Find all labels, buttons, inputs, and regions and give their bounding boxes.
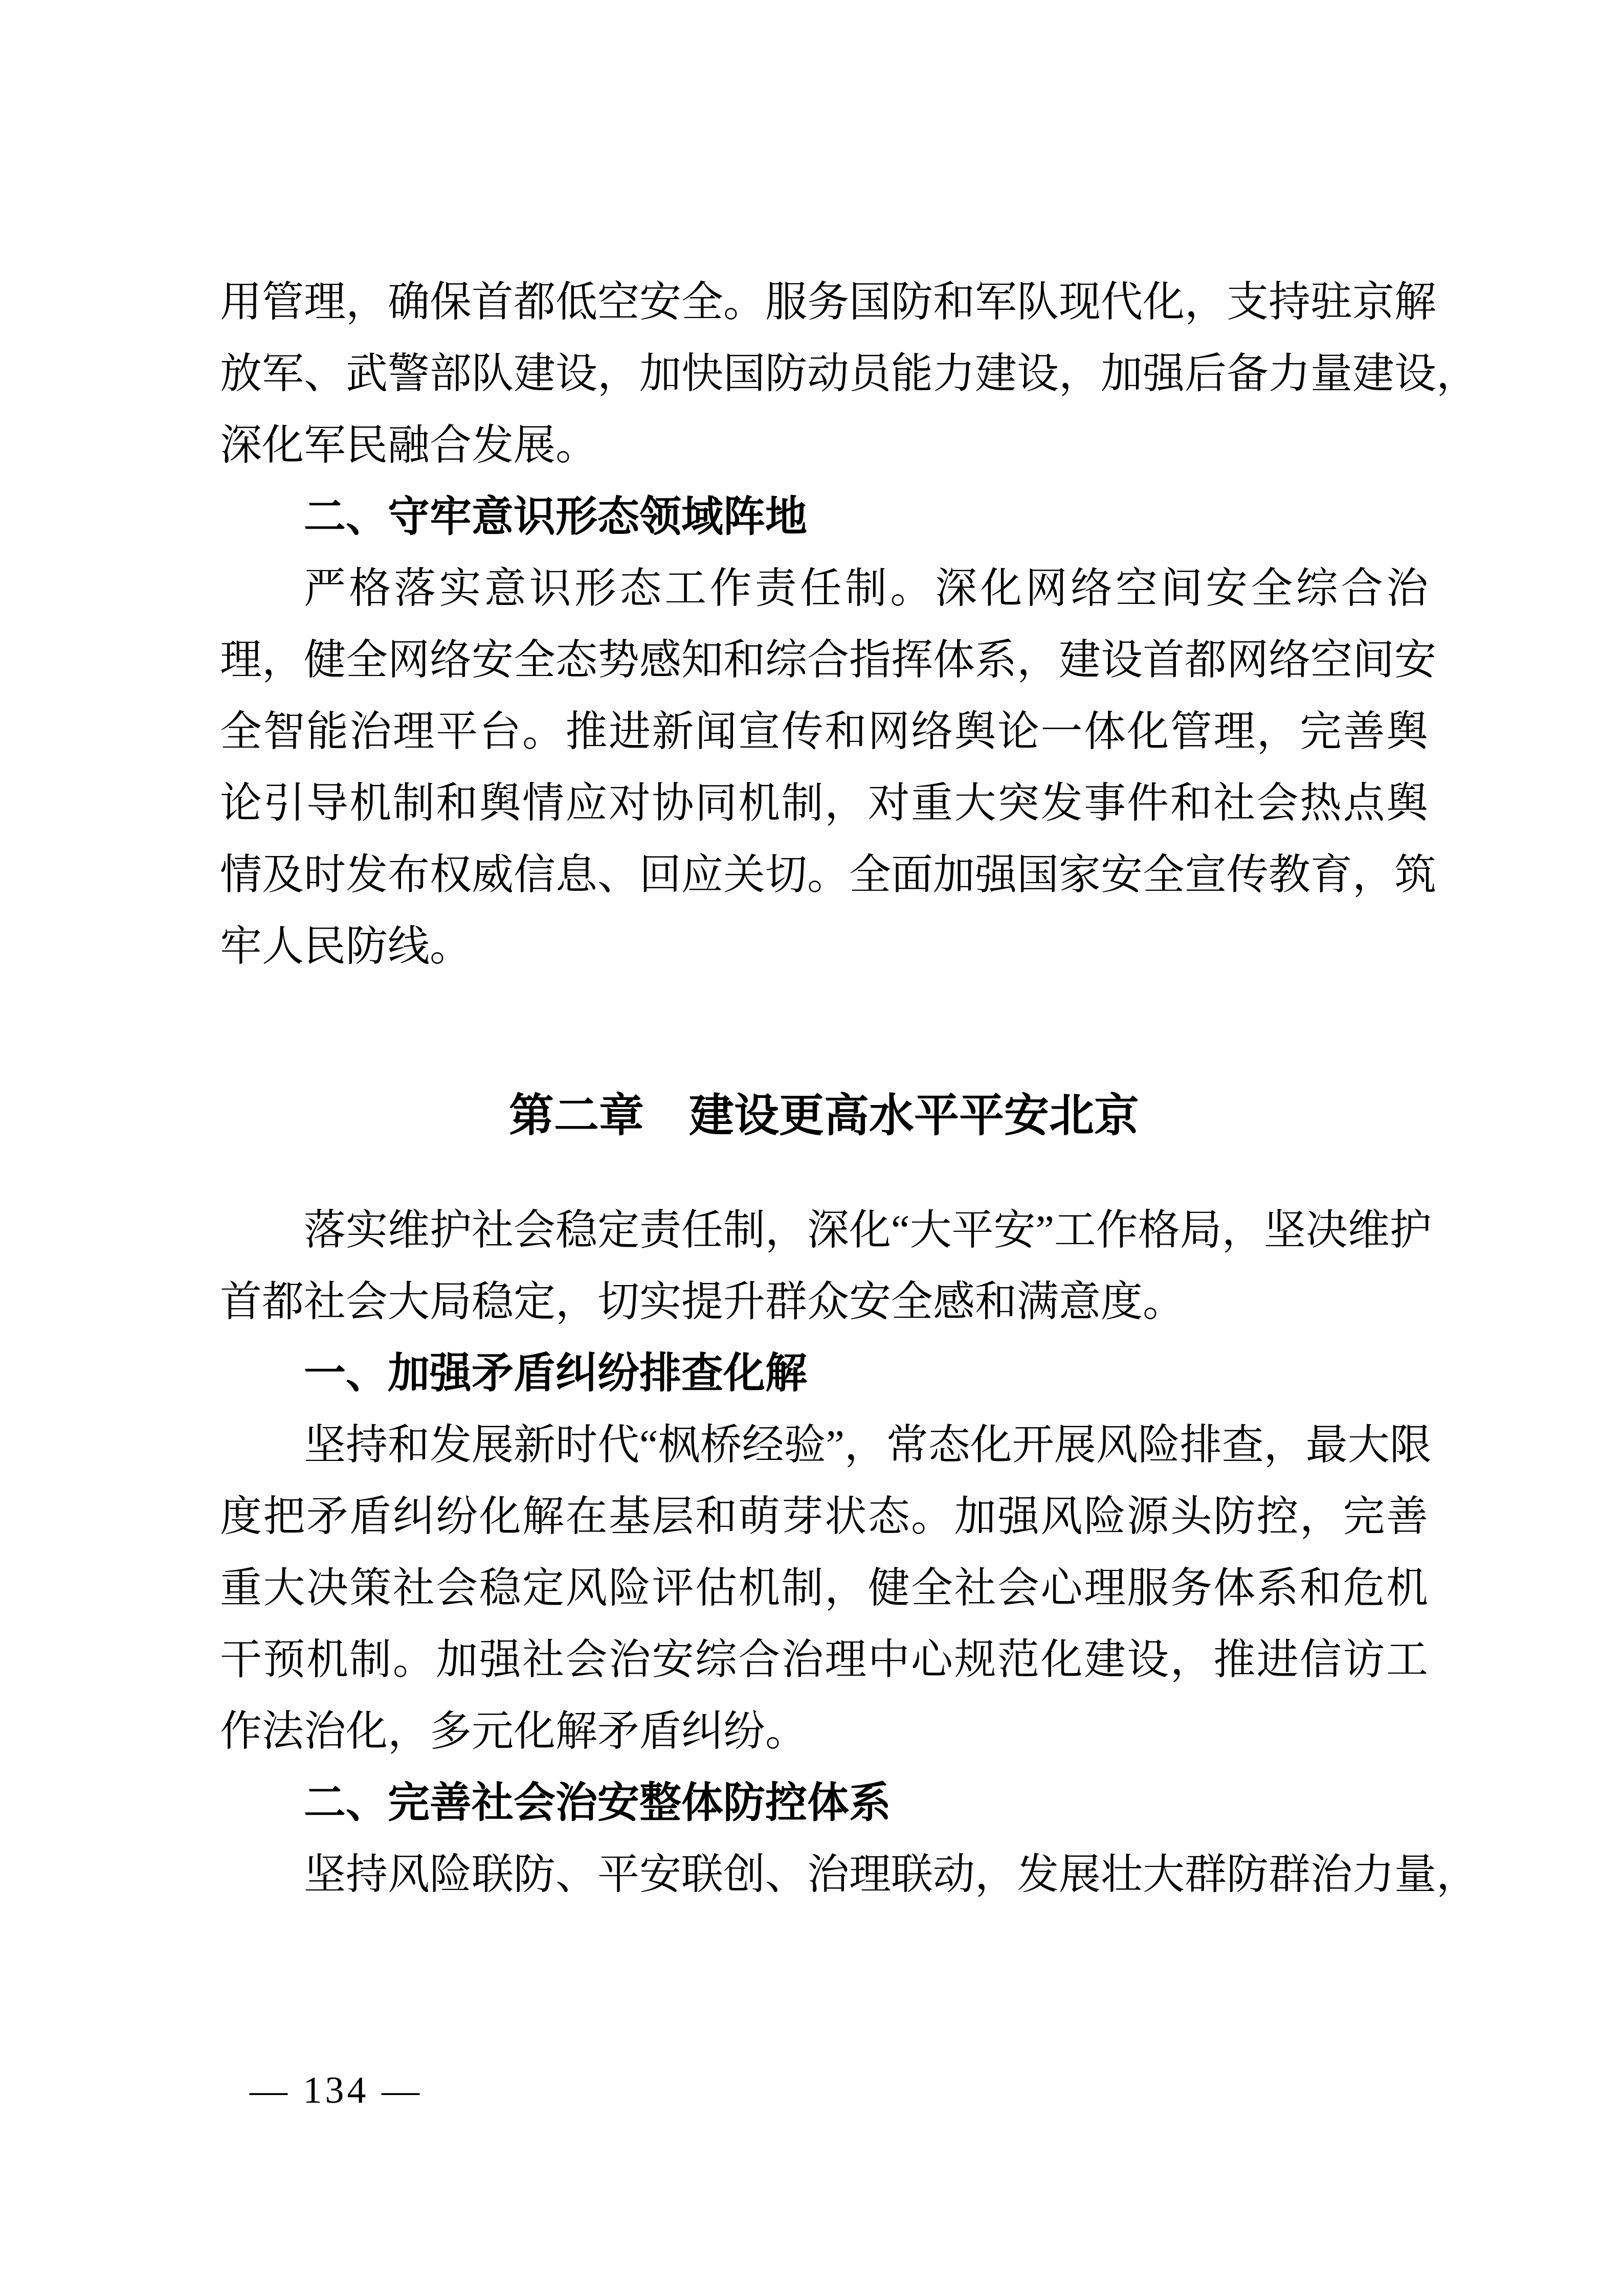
- body-line: 情及时发布权威信息、回应关切。全面加强国家安全宣传教育，筑: [220, 839, 1428, 911]
- text-column: 用管理，确保首都低空安全。服务国防和军队现代化，支持驻京解放军、武警部队建设，加…: [220, 266, 1428, 1910]
- body-line: 坚持风险联防、平安联创、治理联动，发展壮大群防群治力量，: [220, 1839, 1428, 1910]
- page-number: — 134 —: [250, 2060, 422, 2121]
- body-line: 坚持和发展新时代“枫桥经验”，常态化开展风险排查，最大限: [220, 1409, 1428, 1481]
- section-heading: 二、守牢意识形态领域阵地: [220, 481, 1428, 553]
- body-line: 落实维护社会稳定责任制，深化“大平安”工作格局，坚决维护: [220, 1195, 1428, 1266]
- document-page: 用管理，确保首都低空安全。服务国防和军队现代化，支持驻京解放军、武警部队建设，加…: [0, 0, 1624, 2296]
- body-line: 全智能治理平台。推进新闻宣传和网络舆论一体化管理，完善舆: [220, 696, 1428, 768]
- body-line: 深化军民融合发展。: [220, 410, 1428, 481]
- body-line: 度把矛盾纠纷化解在基层和萌芽状态。加强风险源头防控，完善: [220, 1481, 1428, 1552]
- section-heading: 二、完善社会治安整体防控体系: [220, 1767, 1428, 1839]
- body-line: 放军、武警部队建设，加快国防动员能力建设，加强后备力量建设，: [220, 338, 1428, 410]
- body-line: 作法治化，多元化解矛盾纠纷。: [220, 1696, 1428, 1767]
- body-line: 论引导机制和舆情应对协同机制，对重大突发事件和社会热点舆: [220, 768, 1428, 839]
- body-line: 牢人民防线。: [220, 911, 1428, 982]
- body-line: 严格落实意识形态工作责任制。深化网络空间安全综合治: [220, 553, 1428, 624]
- body-line: 用管理，确保首都低空安全。服务国防和军队现代化，支持驻京解: [220, 266, 1428, 338]
- body-line: 重大决策社会稳定风险评估机制，健全社会心理服务体系和危机: [220, 1552, 1428, 1624]
- body-line: 干预机制。加强社会治安综合治理中心规范化建设，推进信访工: [220, 1624, 1428, 1696]
- section-heading: 一、加强矛盾纠纷排查化解: [220, 1338, 1428, 1409]
- chapter-heading: 第二章 建设更高水平平安北京: [220, 1077, 1428, 1154]
- body-line: 理，健全网络安全态势感知和综合指挥体系，建设首都网络空间安: [220, 624, 1428, 696]
- body-line: 首都社会大局稳定，切实提升群众安全感和满意度。: [220, 1266, 1428, 1338]
